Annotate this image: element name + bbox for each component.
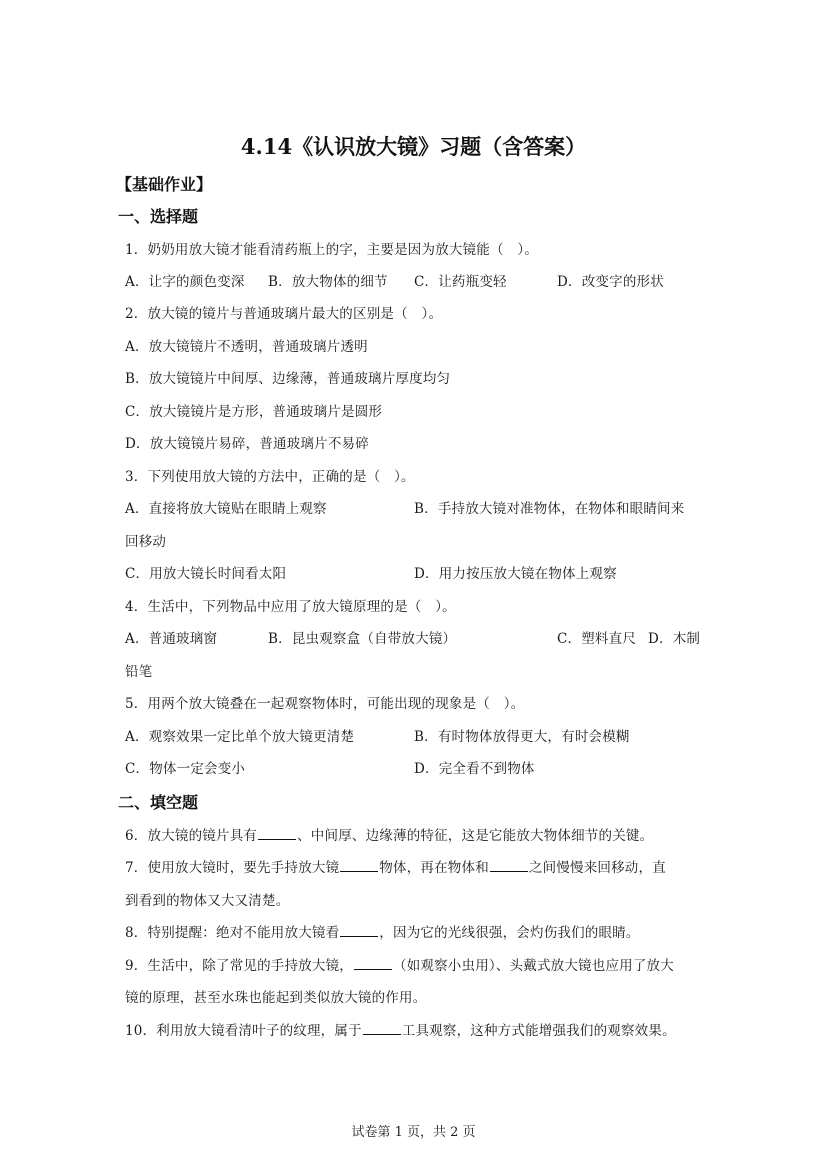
question-7-text-3: 之间慢慢来回移动，直 [529, 860, 666, 876]
part-heading-fill-in-blank: 二、填空题 [118, 790, 198, 813]
question-10-text-2: 工具观察，这种方式能增强我们的观察效果。 [402, 1023, 676, 1039]
question-8-text-1: 8．特别提醒：绝对不能用放大镜看 [125, 925, 339, 941]
question-1-option-d: D．改变字的形状 [557, 270, 664, 290]
question-2-option-d: D．放大镜镜片易碎，普通玻璃片不易碎 [125, 432, 369, 452]
question-5-option-c: C．物体一定会变小 [125, 757, 245, 777]
part-heading-multiple-choice: 一、选择题 [118, 204, 198, 227]
question-1-option-b: B．放大物体的细节 [268, 270, 388, 290]
question-4-option-d: D．木制 [648, 627, 700, 647]
answer-blank[interactable] [363, 1033, 401, 1035]
document-title: 4.14《认识放大镜》习题（含答案） [0, 131, 827, 161]
question-7-text-1: 7．使用放大镜时，要先手持放大镜 [125, 860, 339, 876]
question-2-option-a: A．放大镜镜片不透明，普通玻璃片透明 [125, 335, 368, 355]
question-4-option-a: A．普通玻璃窗 [125, 627, 217, 647]
question-3-option-b-continued: 回移动 [125, 530, 166, 550]
answer-blank[interactable] [490, 870, 528, 872]
question-2-stem: 2．放大镜的镜片与普通玻璃片最大的区别是（ ）。 [125, 302, 442, 322]
question-4-option-d-continued: 铅笔 [125, 660, 152, 680]
section-basic-homework: 【基础作业】 [116, 172, 212, 195]
question-9-continued: 镜的原理，甚至水珠也能起到类似放大镜的作用。 [125, 986, 426, 1006]
question-3-stem: 3．下列使用放大镜的方法中，正确的是（ ）。 [125, 465, 415, 485]
question-1-option-a: A．让字的颜色变深 [125, 270, 245, 290]
question-6-text-1: 6．放大镜的镜片具有 [125, 828, 257, 844]
question-3-option-d: D．用力按压放大镜在物体上观察 [414, 562, 617, 582]
question-7-text-2: 物体，再在物体和 [379, 860, 489, 876]
question-6-text-2: 、中间厚、边缘薄的特征，这是它能放大物体细节的关键。 [297, 828, 653, 844]
question-3-option-a: A．直接将放大镜贴在眼睛上观察 [125, 497, 327, 517]
question-6: 6．放大镜的镜片具有、中间厚、边缘薄的特征，这是它能放大物体细节的关键。 [125, 824, 653, 844]
question-2-option-c: C．放大镜镜片是方形，普通玻璃片是圆形 [125, 400, 382, 420]
answer-blank[interactable] [354, 968, 392, 970]
answer-blank[interactable] [340, 935, 378, 937]
question-4-option-c: C．塑料直尺 [557, 627, 636, 647]
question-4-option-b: B．昆虫观察盒（自带放大镜） [268, 627, 456, 647]
question-9: 9．生活中，除了常见的手持放大镜，（如观察小虫用）、头戴式放大镜也应用了放大 [125, 954, 674, 974]
question-5-option-a: A．观察效果一定比单个放大镜更清楚 [125, 725, 354, 745]
question-1-stem: 1．奶奶用放大镜才能看清药瓶上的字，主要是因为放大镜能（ ）。 [125, 238, 538, 258]
question-8: 8．特别提醒：绝对不能用放大镜看，因为它的光线很强，会灼伤我们的眼睛。 [125, 921, 640, 941]
question-8-text-2: ，因为它的光线很强，会灼伤我们的眼睛。 [379, 925, 639, 941]
question-10-text-1: 10．利用放大镜看清叶子的纹理，属于 [125, 1023, 362, 1039]
question-3-option-c: C．用放大镜长时间看太阳 [125, 562, 286, 582]
question-1-option-c: C．让药瓶变轻 [414, 270, 507, 290]
question-9-text-1: 9．生活中，除了常见的手持放大镜， [125, 958, 353, 974]
question-9-text-2: （如观察小虫用）、头戴式放大镜也应用了放大 [393, 958, 674, 974]
question-10: 10．利用放大镜看清叶子的纹理，属于工具观察，这种方式能增强我们的观察效果。 [125, 1019, 676, 1039]
question-5-stem: 5．用两个放大镜叠在一起观察物体时，可能出现的现象是（ ）。 [125, 692, 524, 712]
question-4-stem: 4．生活中，下列物品中应用了放大镜原理的是（ ）。 [125, 595, 456, 615]
answer-blank[interactable] [258, 838, 296, 840]
page-footer: 试卷第 1 页，共 2 页 [0, 1121, 827, 1140]
question-7: 7．使用放大镜时，要先手持放大镜物体，再在物体和之间慢慢来回移动，直 [125, 856, 666, 876]
question-2-option-b: B．放大镜镜片中间厚、边缘薄，普通玻璃片厚度均匀 [125, 367, 450, 387]
question-7-continued: 到看到的物体又大又清楚。 [125, 889, 289, 909]
question-5-option-d: D．完全看不到物体 [414, 757, 535, 777]
question-3-option-b: B．手持放大镜对准物体，在物体和眼睛间来 [414, 497, 684, 517]
question-5-option-b: B．有时物体放得更大，有时会模糊 [414, 725, 630, 745]
answer-blank[interactable] [340, 870, 378, 872]
